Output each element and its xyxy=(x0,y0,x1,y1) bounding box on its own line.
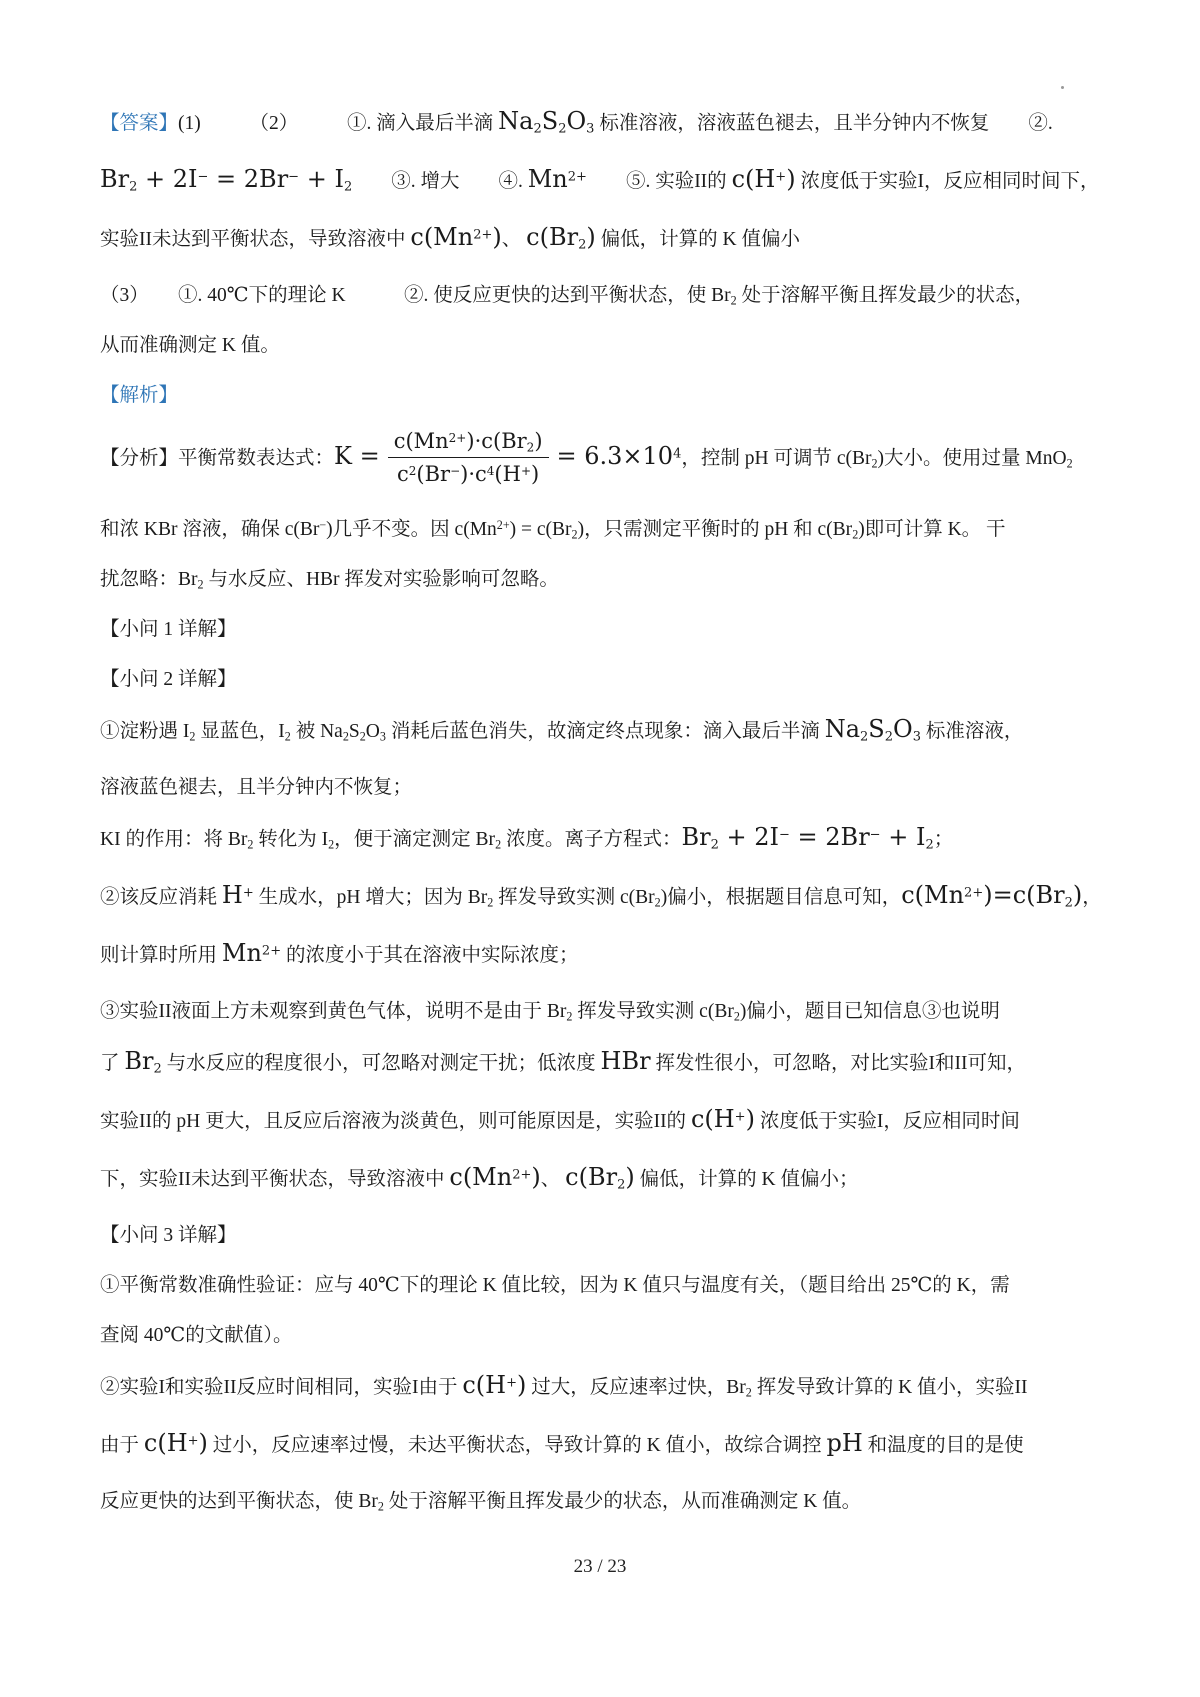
page-number: 23 / 23 xyxy=(0,1556,1200,1578)
subq3-line-3: ②实验I和实验II反应时间相同，实验I由于 c(H+) 过大，反应速率过快，Br… xyxy=(100,1370,1112,1405)
math-expression: c(H+) xyxy=(732,165,796,193)
page: 【答案】(1) （2） ①. 滴入最后半滴 Na2S2O3 标准溶液，溶液蓝色褪… xyxy=(0,0,1200,1697)
subq2-line-3: KI 的作用：将 Br2 转化为 I2，便于滴定测定 Br2 浓度。离子方程式：… xyxy=(100,822,1112,857)
subq2-line-6: ③实验II液面上方未观察到黄色气体，说明不是由于 Br2 挥发导致实测 c(Br… xyxy=(100,996,1112,1027)
math-expression: H+ xyxy=(222,881,254,909)
analysis-line-3: 扰忽略：Br2 与水反应、HBr 挥发对实验影响可忽略。 xyxy=(100,564,1112,595)
text-run: ， xyxy=(1082,887,1102,908)
math-expression: Br2 + 2I− = 2Br− + I2 xyxy=(100,165,352,193)
scan-speck-artifact xyxy=(1061,86,1064,89)
math-expression: c(Br2) xyxy=(565,1163,635,1191)
text-run: ③实验II液面上方未观察到黄色气体，说明不是由于 Br2 挥发导致实测 c(Br… xyxy=(100,1001,1000,1022)
text-run: ①平衡常数准确性验证：应与 40℃下的理论 K 值比较，因为 K 值只与温度有关… xyxy=(100,1275,1010,1296)
math-expression: c(H+) xyxy=(691,1105,755,1133)
math-expression: = 6.3×104 xyxy=(557,442,682,470)
text-run: 和温度的目的是使 xyxy=(863,1435,1024,1456)
subq2-header: 【小问 2 详解】 xyxy=(100,664,1112,695)
subq1-header: 【小问 1 详解】 xyxy=(100,614,1112,645)
subq2-line-4: ②该反应消耗 H+ 生成水，pH 增大；因为 Br2 挥发导致实测 c(Br2)… xyxy=(100,880,1112,915)
document-body: 【答案】(1) （2） ①. 滴入最后半滴 Na2S2O3 标准溶液，溶液蓝色褪… xyxy=(100,106,1112,1536)
text-run: 实验II的 pH 更大，且反应后溶液为淡黄色，则可能原因是，实验II的 xyxy=(100,1111,691,1132)
answer-line-4: （3） ①. 40℃下的理论 K ②. 使反应更快的达到平衡状态，使 Br2 处… xyxy=(100,280,1112,311)
text-run: 的浓度小于其在溶液中实际浓度； xyxy=(281,945,578,966)
analysis-line-2: 和浓 KBr 溶液，确保 c(Br−)几乎不变。因 c(Mn2+) = c(Br… xyxy=(100,514,1112,545)
answer-line-3: 实验II未达到平衡状态，导致溶液中 c(Mn2+)、 c(Br2) 偏低，计算的… xyxy=(100,222,1112,257)
text-run: 标准溶液，溶液蓝色褪去，且半分钟内不恢复 ②. xyxy=(594,113,1052,134)
text-run: 、 xyxy=(502,229,526,250)
text-run: (1) （2） ①. 滴入最后半滴 xyxy=(178,113,498,134)
subq3-line-1: ①平衡常数准确性验证：应与 40℃下的理论 K 值比较，因为 K 值只与温度有关… xyxy=(100,1270,1112,1301)
subq2-line-2: 溶液蓝色褪去，且半分钟内不恢复； xyxy=(100,772,1112,803)
math-expression: Na2S2O3 xyxy=(825,715,921,743)
math-expression: c(Br2) xyxy=(526,223,596,251)
text-run: KI 的作用：将 Br2 转化为 I2，便于滴定测定 Br2 浓度。离子方程式： xyxy=(100,829,682,850)
math-expression: c(Mn2+)=c(Br2) xyxy=(901,881,1082,909)
analysis-header: 【解析】 xyxy=(100,380,1112,411)
math-expression: c(Mn2+) xyxy=(410,223,501,251)
math-expression: c(Mn2+) xyxy=(449,1163,540,1191)
text-run: 生成水，pH 增大；因为 Br2 挥发导致实测 c(Br2)偏小，根据题目信息可… xyxy=(254,887,901,908)
answer-line-1: 【答案】(1) （2） ①. 滴入最后半滴 Na2S2O3 标准溶液，溶液蓝色褪… xyxy=(100,106,1112,141)
math-expression: HBr xyxy=(601,1047,651,1075)
text-run: ； xyxy=(934,829,954,850)
subq2-line-8: 实验II的 pH 更大，且反应后溶液为淡黄色，则可能原因是，实验II的 c(H+… xyxy=(100,1104,1112,1139)
subq3-header: 【小问 3 详解】 xyxy=(100,1220,1112,1251)
subq3-line-2: 查阅 40℃的文献值）。 xyxy=(100,1320,1112,1351)
text-run: 从而准确测定 K 值。 xyxy=(100,335,280,356)
math-expression: pH xyxy=(827,1429,863,1457)
text-run: ③. 增大 ④. xyxy=(352,171,528,192)
subq2-line-5: 则计算时所用 Mn2+ 的浓度小于其在溶液中实际浓度； xyxy=(100,938,1112,973)
section-label: 【答案】 xyxy=(100,113,178,134)
text-run: 扰忽略：Br2 与水反应、HBr 挥发对实验影响可忽略。 xyxy=(100,569,559,590)
subq3-line-5: 反应更快的达到平衡状态，使 Br2 处于溶解平衡且挥发最少的状态，从而准确测定 … xyxy=(100,1486,1112,1517)
text-run: 浓度低于实验I，反应相同时间 xyxy=(755,1111,1020,1132)
text-run: 浓度低于实验I，反应相同时间下， xyxy=(796,171,1100,192)
math-expression: Mn2+ xyxy=(528,165,587,193)
math-expression: Mn2+ xyxy=(222,939,281,967)
text-run: ⑤. 实验II的 xyxy=(587,171,732,192)
text-run: ②实验I和实验II反应时间相同，实验I由于 xyxy=(100,1377,462,1398)
equilibrium-constant-fraction: c(Mn2+)·c(Br2)c2(Br−)·c4(H+) xyxy=(388,428,549,488)
subq2-line-7: 了 Br2 与水反应的程度很小，可忽略对测定干扰；低浓度 HBr 挥发性很小，可… xyxy=(100,1046,1112,1081)
math-expression: c(H+) xyxy=(144,1429,208,1457)
text-run: 溶液蓝色褪去，且半分钟内不恢复； xyxy=(100,777,412,798)
text-run: （3） ①. 40℃下的理论 K ②. 使反应更快的达到平衡状态，使 Br2 处… xyxy=(100,285,1034,306)
text-run: 、 xyxy=(541,1169,565,1190)
text-run: 【分析】平衡常数表达式： xyxy=(100,448,334,469)
text-run: 【小问 2 详解】 xyxy=(100,669,237,690)
text-run: 与水反应的程度很小，可忽略对测定干扰；低浓度 xyxy=(162,1053,601,1074)
math-expression: Br2 + 2I− = 2Br− + I2 xyxy=(682,823,934,851)
text-run: 实验II未达到平衡状态，导致溶液中 xyxy=(100,229,410,250)
text-run: 由于 xyxy=(100,1435,144,1456)
text-run: 过小，反应速率过慢，未达平衡状态，导致计算的 K 值小，故综合调控 xyxy=(208,1435,827,1456)
answer-line-2: Br2 + 2I− = 2Br− + I2 ③. 增大 ④. Mn2+ ⑤. 实… xyxy=(100,164,1112,199)
text-run: ，控制 pH 可调节 c(Br2)大小。使用过量 MnO2 xyxy=(681,448,1072,469)
analysis-formula-line: 【分析】平衡常数表达式：K =c(Mn2+)·c(Br2)c2(Br−)·c4(… xyxy=(100,430,1112,490)
text-run: 和浓 KBr 溶液，确保 c(Br−)几乎不变。因 c(Mn2+) = c(Br… xyxy=(100,519,1006,540)
math-expression: Na2S2O3 xyxy=(498,107,594,135)
text-run: 标准溶液， xyxy=(921,721,1023,742)
math-expression: c(H+) xyxy=(462,1371,526,1399)
section-label: 【解析】 xyxy=(100,385,178,406)
text-run: 【小问 3 详解】 xyxy=(100,1225,237,1246)
text-run: 过大，反应速率过快，Br2 挥发导致计算的 K 值小，实验II xyxy=(526,1377,1027,1398)
subq2-line-9: 下，实验II未达到平衡状态，导致溶液中 c(Mn2+)、 c(Br2) 偏低，计… xyxy=(100,1162,1112,1197)
subq3-line-4: 由于 c(H+) 过小，反应速率过慢，未达平衡状态，导致计算的 K 值小，故综合… xyxy=(100,1428,1112,1463)
text-run: ①淀粉遇 I2 显蓝色，I2 被 Na2S2O3 消耗后蓝色消失，故滴定终点现象… xyxy=(100,721,825,742)
subq2-line-1: ①淀粉遇 I2 显蓝色，I2 被 Na2S2O3 消耗后蓝色消失，故滴定终点现象… xyxy=(100,714,1112,749)
text-run: 则计算时所用 xyxy=(100,945,222,966)
text-run: 下，实验II未达到平衡状态，导致溶液中 xyxy=(100,1169,449,1190)
math-expression: Br2 xyxy=(124,1047,161,1075)
text-run: 【小问 1 详解】 xyxy=(100,619,237,640)
text-run: ②该反应消耗 xyxy=(100,887,222,908)
text-run: 查阅 40℃的文献值）。 xyxy=(100,1325,292,1346)
answer-line-5: 从而准确测定 K 值。 xyxy=(100,330,1112,361)
math-expression: K = xyxy=(334,442,380,470)
text-run: 反应更快的达到平衡状态，使 Br2 处于溶解平衡且挥发最少的状态，从而准确测定 … xyxy=(100,1491,861,1512)
text-run: 偏低，计算的 K 值偏小 xyxy=(596,229,800,250)
text-run: 挥发性很小，可忽略，对比实验I和II可知， xyxy=(651,1053,1026,1074)
text-run: 了 xyxy=(100,1053,124,1074)
text-run: 偏低，计算的 K 值偏小； xyxy=(635,1169,859,1190)
